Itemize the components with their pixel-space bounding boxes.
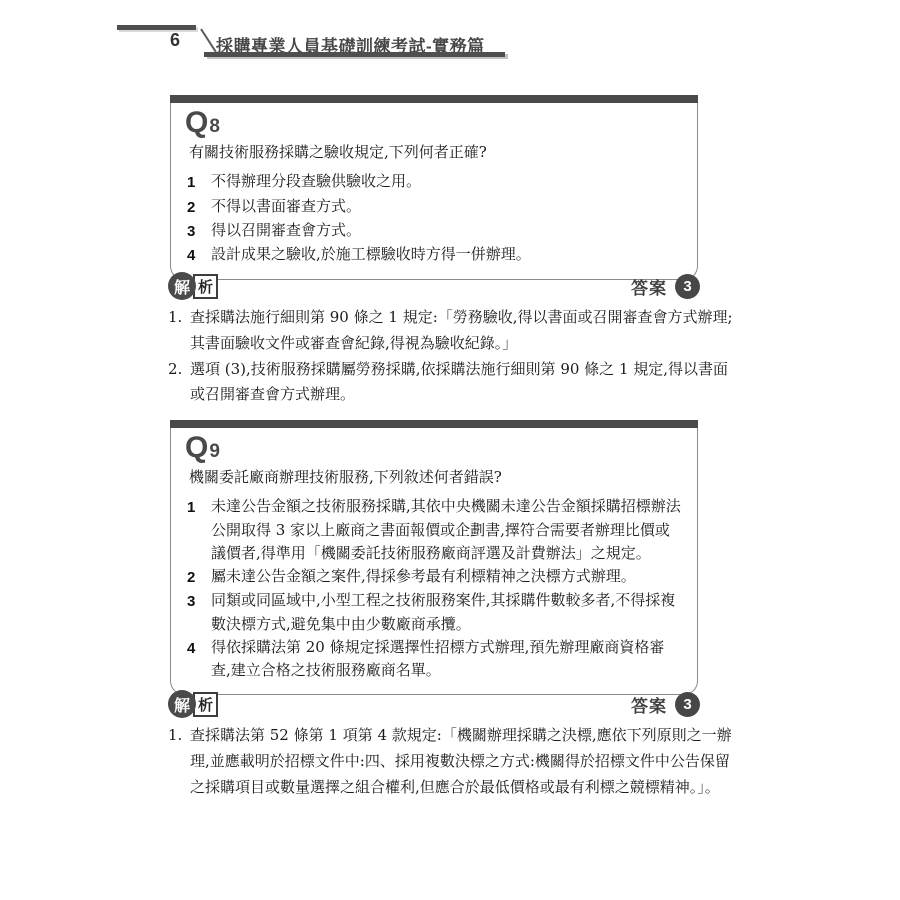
answer-label: 答案 <box>631 274 667 299</box>
question-label-q9: Q9 <box>185 431 682 464</box>
question-label-q8: Q8 <box>185 106 682 139</box>
analysis-list-q9: 1. 查採購法第 52 條第 1 項第 4 款規定:「機關辦理採購之決標,應依下… <box>168 723 734 800</box>
analysis-badge-xi: 析 <box>193 692 218 717</box>
analysis-item-text: 選項 (3),技術服務採購屬勞務採購,依採購法施行細則第 90 條之 1 規定,… <box>190 357 734 409</box>
option-text: 設計成果之驗收,於施工標驗收時方得一併辦理。 <box>211 243 682 267</box>
analysis-item-number: 1. <box>168 305 190 357</box>
option-number: 1 <box>187 170 211 194</box>
question-box-top-bar <box>170 420 698 428</box>
question-box-q9: Q9 機關委託廠商辦理技術服務,下列敘述何者錯誤? 1 未達公告金額之技術服務採… <box>170 420 698 695</box>
answer-q9: 答案 3 <box>631 692 700 717</box>
option-row: 2 屬未達公告金額之案件,得採參考最有利標精神之決標方式辦理。 <box>187 565 682 589</box>
option-text: 未達公告金額之技術服務採購,其依中央機關未達公告金額採購招標辦法公開取得 3 家… <box>211 495 682 565</box>
option-number: 4 <box>187 243 211 267</box>
question-text: 有關技術服務採購之驗收規定,下列何者正確? <box>189 141 682 164</box>
analysis-header-q8: 解 析 答案 3 <box>168 272 700 300</box>
header-bottom-bar <box>204 52 505 57</box>
analysis-item: 1. 查採購法施行細則第 90 條之 1 規定:「勞務驗收,得以書面或召開審查會… <box>168 305 734 357</box>
answer-label: 答案 <box>631 692 667 717</box>
analysis-badge: 解 析 <box>168 690 218 718</box>
option-number: 3 <box>187 219 211 243</box>
header-diagonal-line <box>200 28 216 52</box>
analysis-item-number: 1. <box>168 723 190 800</box>
option-row: 3 同類或同區域中,小型工程之技術服務案件,其採購件數較多者,不得採複數決標方式… <box>187 589 682 636</box>
analysis-item-number: 2. <box>168 357 190 409</box>
analysis-item-text: 查採購法第 52 條第 1 項第 4 款規定:「機關辦理採購之決標,應依下列原則… <box>190 723 734 800</box>
analysis-list-q8: 1. 查採購法施行細則第 90 條之 1 規定:「勞務驗收,得以書面或召開審查會… <box>168 305 734 408</box>
option-text: 得依採購法第 20 條規定採選擇性招標方式辦理,預先辦理廠商資格審查,建立合格之… <box>211 636 682 683</box>
option-row: 3 得以召開審查會方式。 <box>187 219 682 243</box>
option-number: 1 <box>187 495 211 565</box>
question-letter: Q <box>185 431 209 464</box>
answer-value-badge: 3 <box>675 692 700 717</box>
page-number: 6 <box>170 30 180 51</box>
question-box-q8: Q8 有關技術服務採購之驗收規定,下列何者正確? 1 不得辦理分段查驗供驗收之用… <box>170 95 698 280</box>
answer-value-badge: 3 <box>675 274 700 299</box>
book-page: 6 採購專業人員基礎訓練考試-實務篇 Q8 有關技術服務採購之驗收規定,下列何者… <box>0 0 900 900</box>
analysis-item: 2. 選項 (3),技術服務採購屬勞務採購,依採購法施行細則第 90 條之 1 … <box>168 357 734 409</box>
option-text: 不得以書面審查方式。 <box>211 195 682 219</box>
question-number: 8 <box>209 116 220 137</box>
option-number: 2 <box>187 565 211 589</box>
analysis-badge-jie: 解 <box>168 272 196 300</box>
option-number: 4 <box>187 636 211 683</box>
question-box-top-bar <box>170 95 698 103</box>
analysis-item-text: 查採購法施行細則第 90 條之 1 規定:「勞務驗收,得以書面或召開審查會方式辦… <box>190 305 734 357</box>
option-row: 4 設計成果之驗收,於施工標驗收時方得一併辦理。 <box>187 243 682 267</box>
analysis-item: 1. 查採購法第 52 條第 1 項第 4 款規定:「機關辦理採購之決標,應依下… <box>168 723 734 800</box>
option-text: 屬未達公告金額之案件,得採參考最有利標精神之決標方式辦理。 <box>211 565 682 589</box>
option-row: 2 不得以書面審查方式。 <box>187 195 682 219</box>
analysis-badge-xi: 析 <box>193 274 218 299</box>
option-row: 1 不得辦理分段查驗供驗收之用。 <box>187 170 682 194</box>
option-number: 2 <box>187 195 211 219</box>
question-number: 9 <box>209 441 220 462</box>
header-top-bar <box>117 25 196 30</box>
option-number: 3 <box>187 589 211 636</box>
option-row: 4 得依採購法第 20 條規定採選擇性招標方式辦理,預先辦理廠商資格審查,建立合… <box>187 636 682 683</box>
option-text: 不得辦理分段查驗供驗收之用。 <box>211 170 682 194</box>
answer-q8: 答案 3 <box>631 274 700 299</box>
option-row: 1 未達公告金額之技術服務採購,其依中央機關未達公告金額採購招標辦法公開取得 3… <box>187 495 682 565</box>
question-letter: Q <box>185 106 209 139</box>
analysis-badge: 解 析 <box>168 272 218 300</box>
option-text: 同類或同區域中,小型工程之技術服務案件,其採購件數較多者,不得採複數決標方式,避… <box>211 589 682 636</box>
analysis-header-q9: 解 析 答案 3 <box>168 690 700 718</box>
option-text: 得以召開審查會方式。 <box>211 219 682 243</box>
analysis-badge-jie: 解 <box>168 690 196 718</box>
question-text: 機關委託廠商辦理技術服務,下列敘述何者錯誤? <box>189 466 682 489</box>
